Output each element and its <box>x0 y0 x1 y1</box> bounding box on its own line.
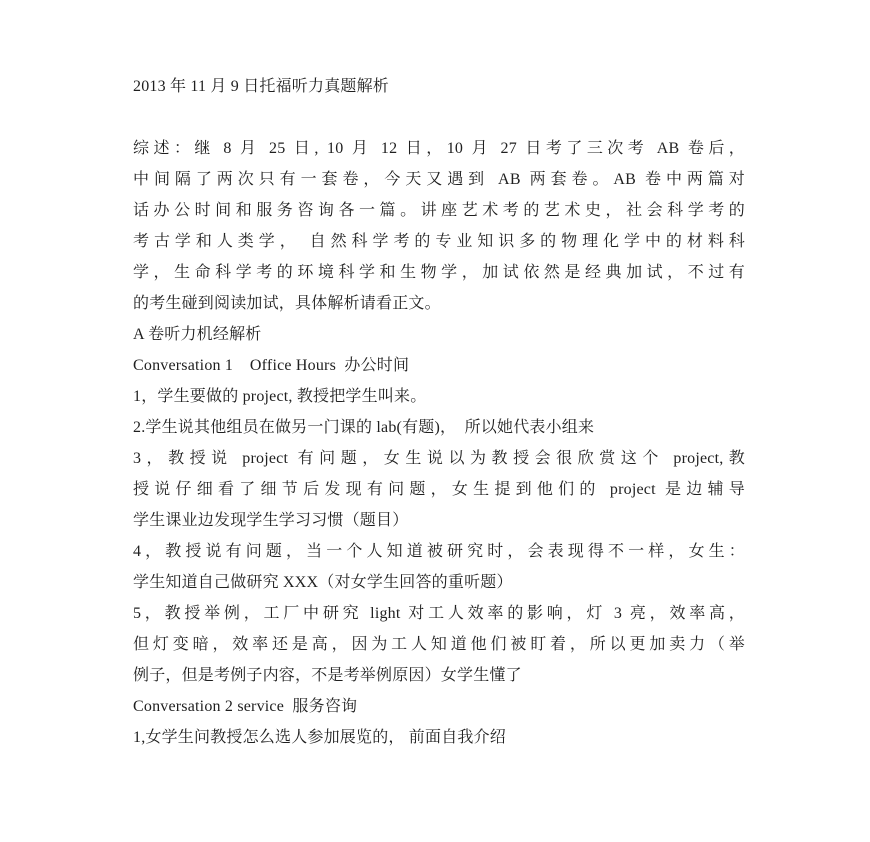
text-line: 的考生碰到阅读加试，具体解析请看正文。 <box>133 288 745 319</box>
text-line: 学生课业边发现学生学习习惯（题目） <box>133 505 745 536</box>
text-line: 例子，但是考例子内容，不是考举例原因）女学生懂了 <box>133 660 745 691</box>
text-line: 5，教授举例，工厂中研究 light 对工人效率的影响，灯 3 亮，效率高， <box>133 598 745 629</box>
document-content: 2013 年 11 月 9 日托福听力真题解析 综述：继 8 月 25 日, 1… <box>133 71 745 753</box>
document-body: 综述：继 8 月 25 日, 10 月 12 日，10 月 27 日考了三次考 … <box>133 133 745 753</box>
text-line: 话办公时间和服务咨询各一篇。讲座艺术考的艺术史，社会科学考的 <box>133 195 745 226</box>
text-line: 学，生命科学考的环境科学和生物学，加试依然是经典加试，不过有 <box>133 257 745 288</box>
text-line: 但灯变暗，效率还是高，因为工人知道他们被盯着，所以更加卖力（举 <box>133 629 745 660</box>
text-line: 4，教授说有问题，当一个人知道被研究时，会表现得不一样，女生： <box>133 536 745 567</box>
text-line: 授说仔细看了细节后发现有问题，女生提到他们的 project 是边辅导 <box>133 474 745 505</box>
text-line: 学生知道自己做研究 XXX（对女学生回答的重听题） <box>133 567 745 598</box>
text-line: 3，教授说 project 有问题，女生说以为教授会很欣赏这个 project,… <box>133 443 745 474</box>
text-line: 1，学生要做的 project, 教授把学生叫来。 <box>133 381 745 412</box>
page-title: 2013 年 11 月 9 日托福听力真题解析 <box>133 71 745 102</box>
text-line: 2.学生说其他组员在做另一门课的 lab(有题)， 所以她代表小组来 <box>133 412 745 443</box>
text-line: 1,女学生问教授怎么选人参加展览的， 前面自我介绍 <box>133 722 745 753</box>
text-line: Conversation 2 service 服务咨询 <box>133 691 745 722</box>
text-line: A 卷听力机经解析 <box>133 319 745 350</box>
document-page: 2013 年 11 月 9 日托福听力真题解析 综述：继 8 月 25 日, 1… <box>0 0 870 842</box>
text-line: 综述：继 8 月 25 日, 10 月 12 日，10 月 27 日考了三次考 … <box>133 133 745 164</box>
text-line: 中间隔了两次只有一套卷，今天又遇到 AB 两套卷。AB 卷中两篇对 <box>133 164 745 195</box>
text-line: Conversation 1 Office Hours 办公时间 <box>133 350 745 381</box>
text-line: 考古学和人类学， 自然科学考的专业知识多的物理化学中的材料科 <box>133 226 745 257</box>
